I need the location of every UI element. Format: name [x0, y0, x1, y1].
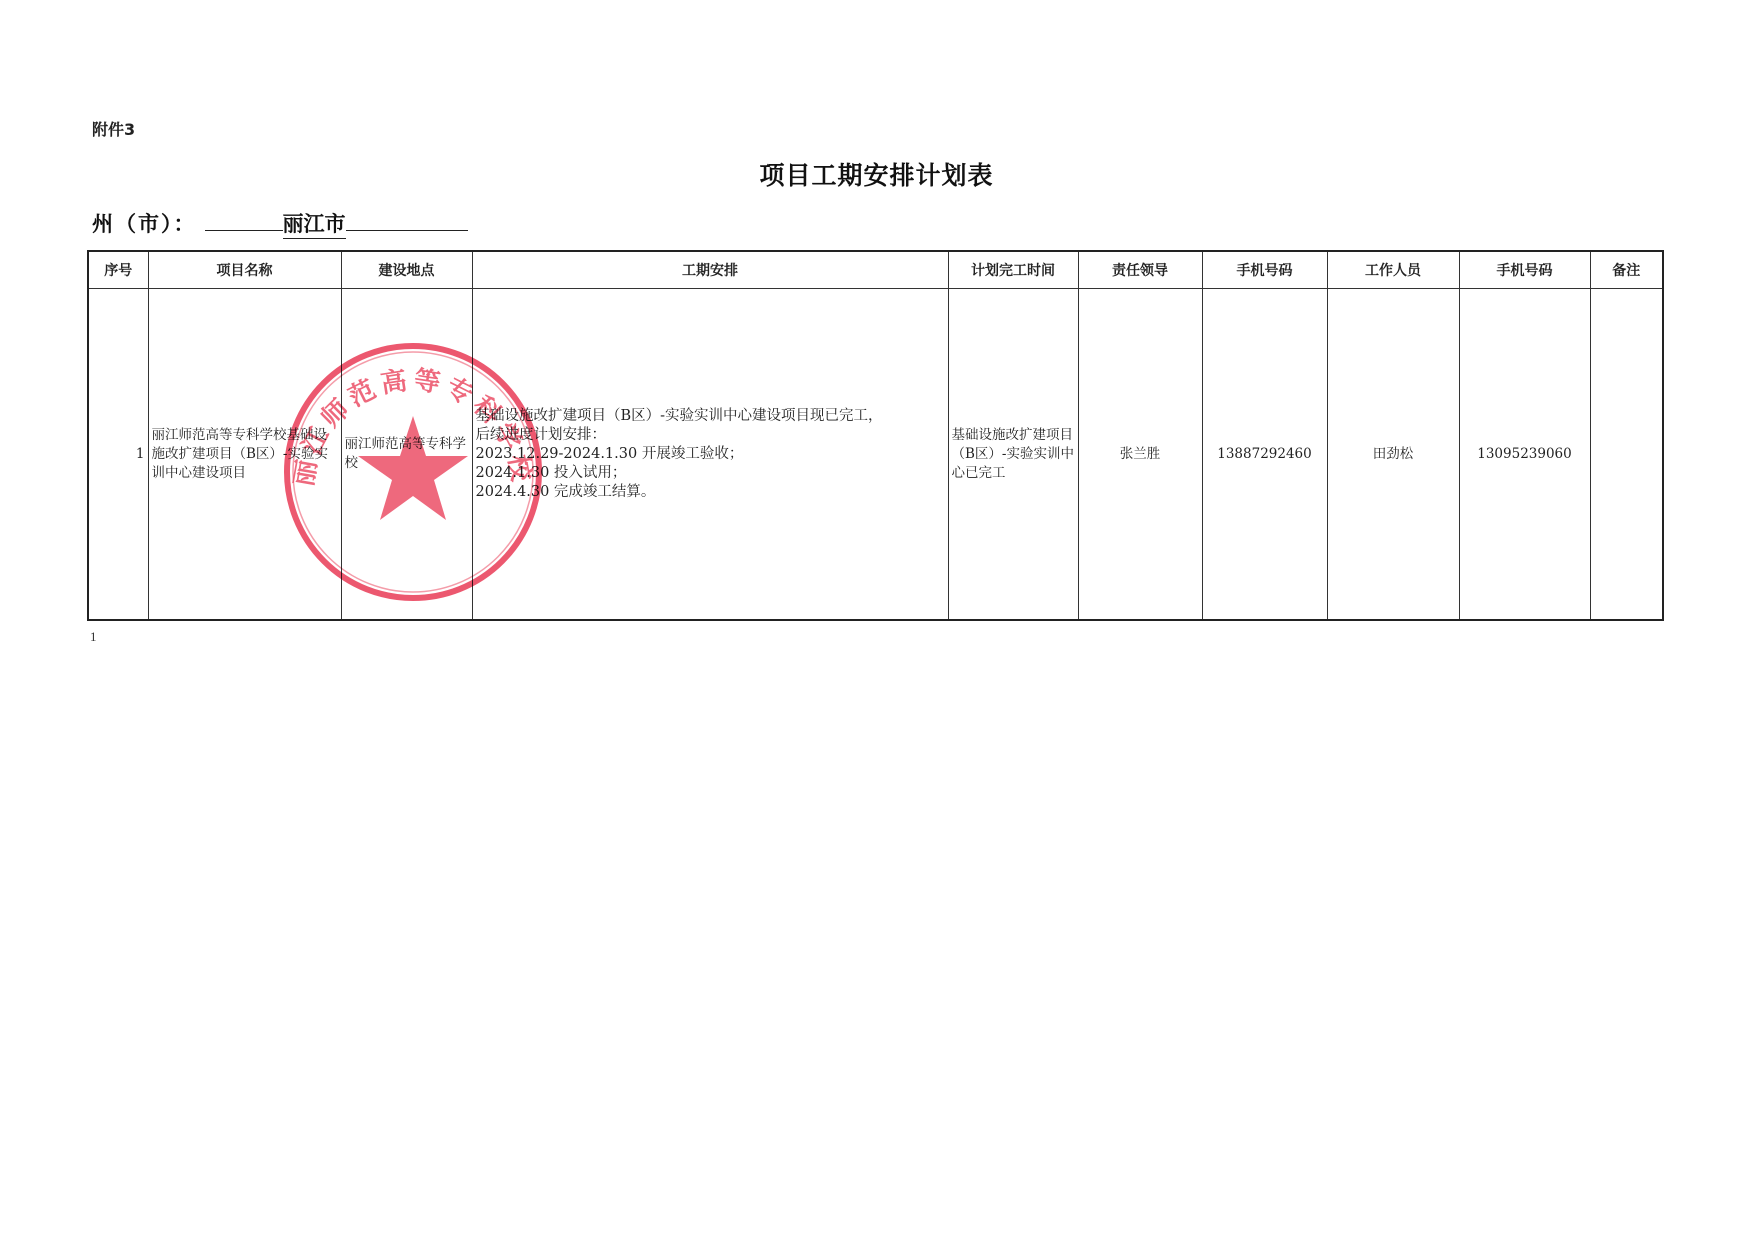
cell-planned-completion: 基础设施改扩建项目（B区）-实验实训中心已完工	[948, 289, 1078, 621]
table-header-row: 序号 项目名称 建设地点 工期安排 计划完工时间 责任领导 手机号码 工作人员 …	[88, 251, 1663, 289]
schedule-line: 2024.4.30 完成竣工结算。	[476, 483, 945, 502]
cell-schedule: 基础设施改扩建项目（B区）-实验实训中心建设项目现已完工， 后续进度计划安排： …	[472, 289, 948, 621]
header-staff-phone: 手机号码	[1459, 251, 1590, 289]
header-remarks: 备注	[1590, 251, 1663, 289]
header-schedule: 工期安排	[472, 251, 948, 289]
header-location: 建设地点	[341, 251, 472, 289]
header-leader-phone: 手机号码	[1202, 251, 1327, 289]
schedule-line: 基础设施改扩建项目（B区）-实验实训中心建设项目现已完工，	[476, 407, 945, 426]
cell-remarks	[1590, 289, 1663, 621]
header-planned-completion: 计划完工时间	[948, 251, 1078, 289]
page-title: 项目工期安排计划表	[0, 156, 1753, 192]
schedule-line: 2023.12.29-2024.1.30 开展竣工验收；	[476, 445, 945, 464]
attachment-label: 附件3	[92, 117, 135, 140]
cell-project-name: 丽江师范高等专科学校基础设施改扩建项目（B区）-实验实训中心建设项目	[148, 289, 341, 621]
region-underline-right	[346, 210, 468, 231]
schedule-table: 序号 项目名称 建设地点 工期安排 计划完工时间 责任领导 手机号码 工作人员 …	[87, 250, 1664, 621]
region-field: 州（市）： 丽江市	[92, 208, 468, 239]
region-value: 丽江市	[283, 208, 346, 239]
header-seq: 序号	[88, 251, 148, 289]
region-underline-left	[205, 210, 283, 231]
cell-responsible-leader: 张兰胜	[1078, 289, 1202, 621]
cell-staff: 田劲松	[1327, 289, 1459, 621]
schedule-line: 后续进度计划安排：	[476, 426, 945, 445]
header-project-name: 项目名称	[148, 251, 341, 289]
cell-seq: 1	[88, 289, 148, 621]
page-number: 1	[90, 629, 97, 645]
cell-staff-phone: 13095239060	[1459, 289, 1590, 621]
header-staff: 工作人员	[1327, 251, 1459, 289]
header-responsible-leader: 责任领导	[1078, 251, 1202, 289]
cell-location: 丽江师范高等专科学校	[341, 289, 472, 621]
table-row: 1 丽江师范高等专科学校基础设施改扩建项目（B区）-实验实训中心建设项目 丽江师…	[88, 289, 1663, 621]
region-label: 州（市）：	[92, 208, 197, 238]
cell-leader-phone: 13887292460	[1202, 289, 1327, 621]
schedule-line: 2024.1.30 投入试用；	[476, 464, 945, 483]
